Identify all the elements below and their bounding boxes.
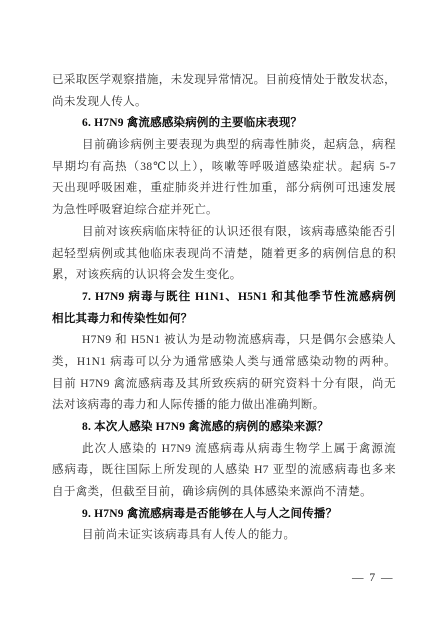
text-line: 起轻型病例或其他临床表现尚不清楚，随着更多的病例信息的积	[52, 244, 396, 266]
text-line: 法对该病毒的毒力和人际传播的能力做出准确判断。	[52, 395, 396, 417]
text-line: 天出现呼吸困难，重症肺炎并进行性加重，部分病例可迅速发展	[52, 178, 396, 200]
section-heading: 相比其毒力和传染性如何？	[52, 309, 396, 331]
section-heading: 6. H7N9 禽流感感染病例的主要临床表现？	[52, 113, 396, 135]
text-line: 目前尚未证实该病毒具有人传人的能力。	[52, 525, 396, 547]
text-line: 累，对该疾病的认识将会发生变化。	[52, 265, 396, 287]
text-line: 感病毒，既往国际上所发现的人感染 H7 亚型的流感病毒也多来	[52, 460, 396, 482]
text-line: 目前确诊病例主要表现为典型的病毒性肺炎，起病急，病程	[52, 135, 396, 157]
text-line: 早期均有高热（38℃以上），咳嗽等呼吸道感染症状。起病 5-7	[52, 157, 396, 179]
text-line: 已采取医学观察措施，未发现异常情况。目前疫情处于散发状态，	[52, 70, 396, 92]
text-line: 类，H1N1 病毒可以分为通常感染人类与通常感染动物的两种。	[52, 352, 396, 374]
text-line: 为急性呼吸窘迫综合症并死亡。	[52, 200, 396, 222]
text-block: 已采取医学观察措施，未发现异常情况。目前疫情处于散发状态， 尚未发现人传人。 6…	[52, 70, 396, 547]
section-heading: 7. H7N9 病毒与既往 H1N1、H5N1 和其他季节性流感病例	[52, 287, 396, 309]
text-line: H7N9 和 H5N1 被认为是动物流感病毒，只是偶尔会感染人	[52, 330, 396, 352]
section-heading: 8. 本次人感染 H7N9 禽流感的病例的感染来源？	[52, 417, 396, 439]
page-number: — 7 —	[52, 571, 394, 585]
text-line: 尚未发现人传人。	[52, 92, 396, 114]
text-line: 此次人感染的 H7N9 流感病毒从病毒生物学上属于禽源流	[52, 439, 396, 461]
text-line: 目前 H7N9 禽流感病毒及其所致疾病的研究资料十分有限，尚无	[52, 374, 396, 396]
text-line: 自于禽类，但截至目前，确诊病例的具体感染来源尚不清楚。	[52, 482, 396, 504]
text-line: 目前对该疾病临床特征的认识还很有限，该病毒感染能否引	[52, 222, 396, 244]
section-heading: 9. H7N9 禽流感病毒是否能够在人与人之间传播？	[52, 504, 396, 526]
document-page: 已采取医学观察措施，未发现异常情况。目前疫情处于散发状态， 尚未发现人传人。 6…	[0, 0, 447, 633]
